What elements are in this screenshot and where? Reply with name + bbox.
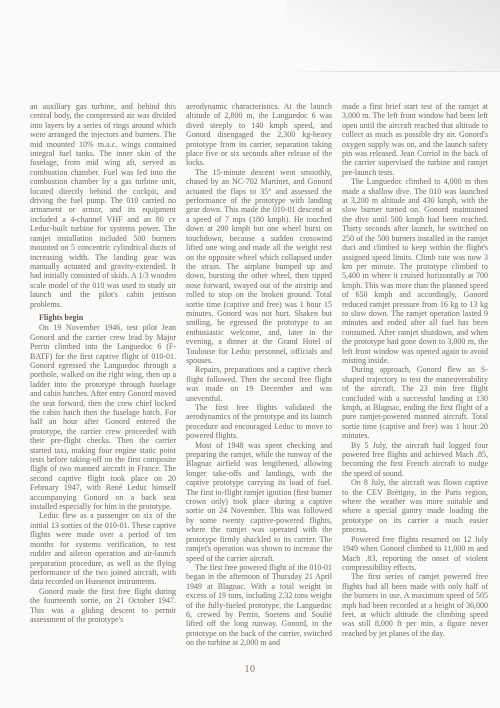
scan-shadow-artifact bbox=[285, 0, 500, 72]
column-3: made a first brief start test of the ram… bbox=[342, 102, 488, 648]
paragraph: The 15-minute descent went smoothly, cha… bbox=[186, 168, 332, 366]
paragraph: On 19 November 1946, test pilot Jean Gon… bbox=[30, 323, 176, 511]
paragraph: The first free powered flight of the 010… bbox=[186, 563, 332, 648]
paragraph: Repairs, preparations and a captive chec… bbox=[186, 365, 332, 403]
text-columns: an auxiliary gas turbine, and behind thi… bbox=[30, 102, 480, 648]
paragraph: During approach, Gonord flew an S-shaped… bbox=[342, 365, 488, 440]
paragraph: The Languedoc climbed to 4,000 m then ma… bbox=[342, 177, 488, 365]
paragraph: aerodynamic characteristics. At the laun… bbox=[186, 102, 332, 168]
paragraph: Powered free flights resumed on 12 July … bbox=[342, 535, 488, 573]
page-number: 10 bbox=[0, 664, 500, 675]
paragraph: an auxiliary gas turbine, and behind thi… bbox=[30, 102, 176, 309]
column-1: an auxiliary gas turbine, and behind thi… bbox=[30, 102, 176, 648]
paragraph: The first free flights validated the aer… bbox=[186, 403, 332, 441]
paragraph: On 8 July, the aircraft was flown captiv… bbox=[342, 478, 488, 534]
column-2: aerodynamic characteristics. At the laun… bbox=[186, 102, 332, 648]
paragraph: By 5 July, the aircraft had logged four … bbox=[342, 441, 488, 479]
paragraph: made a first brief start test of the ram… bbox=[342, 102, 488, 177]
paragraph: Gonord made the first free flight during… bbox=[30, 587, 176, 625]
paragraph: The first series of ramjet powered free … bbox=[342, 572, 488, 638]
paragraph: Leduc flew as a passenger on six of the … bbox=[30, 511, 176, 586]
section-heading: Flights begin bbox=[30, 313, 176, 322]
paragraph: Most of 1948 was spent checking and prep… bbox=[186, 441, 332, 563]
scan-edge-line bbox=[288, 71, 500, 72]
